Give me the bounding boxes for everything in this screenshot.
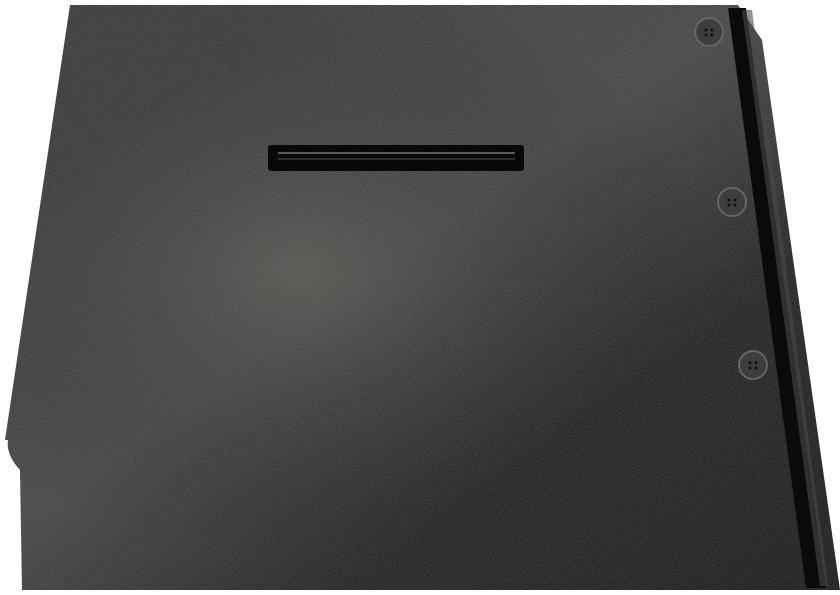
product-photo: Flat product photo of a black crinkled p…: [0, 0, 840, 595]
button-icon: [718, 188, 746, 216]
skirt-illustration: [0, 0, 840, 595]
button-icon: [695, 18, 723, 46]
button-icon: [739, 351, 767, 379]
